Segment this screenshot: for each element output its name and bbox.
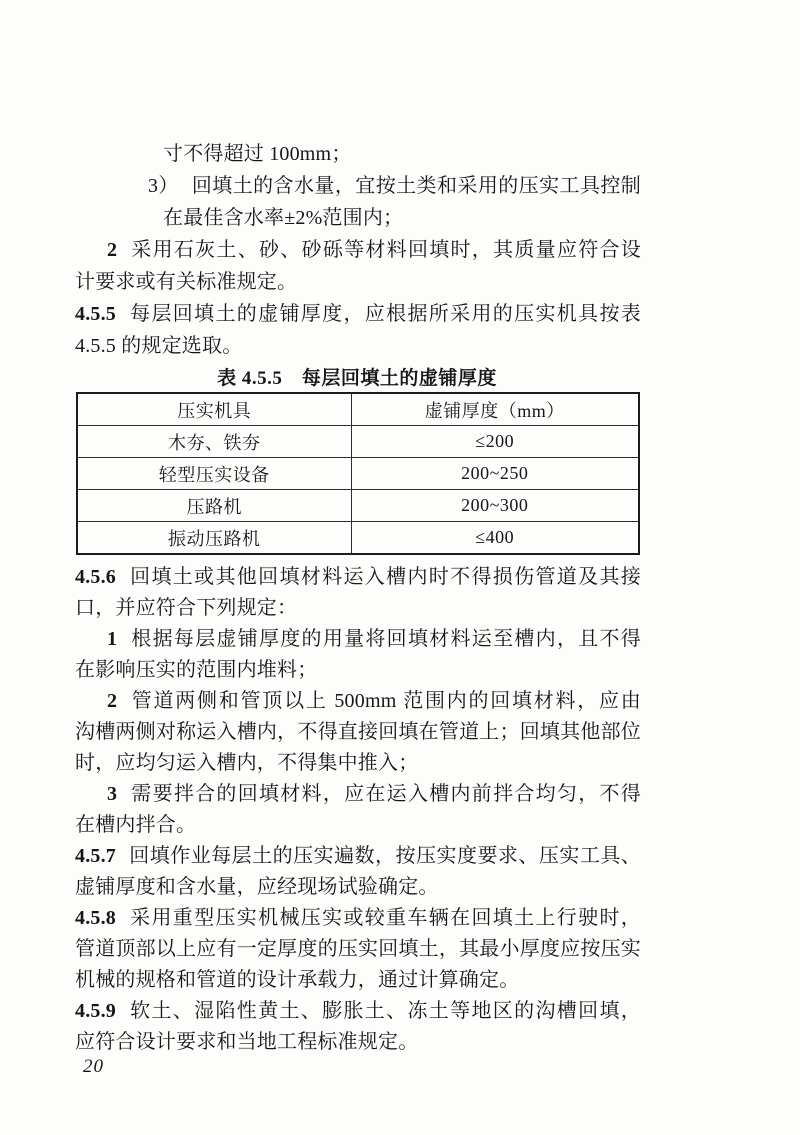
text-line: 计要求或有关标准规定。	[75, 266, 641, 298]
text-line: 时，应均匀运入槽内，不得集中推入；	[75, 748, 641, 779]
text-run: 管道两侧和管顶以上 500mm 范围内的回填材料，应由	[130, 690, 641, 712]
text-run: 软土、湿陷性黄土、膨胀土、冻土等地区的沟槽回填，	[129, 1000, 641, 1022]
document-page: 寸不得超过 100mm；3）回填土的含水量，宜按土类和采用的压实工具控制在最佳含…	[0, 0, 800, 1135]
text-line: 4.5.6回填土或其他回填材料运入槽内时不得损伤管道及其接	[75, 562, 641, 593]
text-block-after-table: 4.5.6回填土或其他回填材料运入槽内时不得损伤管道及其接口，并应符合下列规定：…	[75, 562, 641, 1058]
text-run: 时，应均匀运入槽内，不得集中推入；	[75, 752, 418, 774]
list-number: 3）	[148, 175, 179, 197]
text-run: 4.5.5 的规定选取。	[75, 335, 242, 357]
text-line: 2采用石灰土、砂、砂砾等材料回填时，其质量应符合设	[107, 234, 641, 266]
clause-number: 3	[107, 783, 117, 805]
text-run: 管道顶部以上应有一定厚度的压实回填土，其最小厚度应按压实	[75, 938, 641, 960]
text-run: 寸不得超过 100mm；	[163, 143, 352, 165]
text-run: 机械的规格和管道的设计承载力，通过计算确定。	[75, 969, 519, 991]
text-line: 4.5.8采用重型压实机械压实或较重车辆在回填土上行驶时，	[75, 903, 641, 934]
table-cell: 200~300	[351, 490, 639, 522]
clause-number: 2	[107, 239, 117, 261]
clause-number: 2	[107, 690, 117, 712]
table-cell: 轻型压实设备	[77, 458, 351, 490]
spec-table: 压实机具虚铺厚度（mm） 木夯、铁夯≤200轻型压实设备200~250压路机20…	[76, 392, 640, 555]
clause-number: 1	[107, 628, 117, 650]
clause-number: 4.5.7	[75, 845, 116, 867]
text-run: 沟槽两侧对称运入槽内，不得直接回填在管道上；回填其他部位	[75, 721, 641, 743]
text-run: 在最佳含水率±2%范围内；	[163, 207, 403, 229]
table-header-cell: 虚铺厚度（mm）	[351, 393, 639, 426]
text-run: 采用重型压实机械压实或较重车辆在回填土上行驶时，	[129, 907, 641, 929]
text-line: 1根据每层虚铺厚度的用量将回填材料运至槽内，且不得	[107, 624, 641, 655]
clause-number: 4.5.6	[75, 566, 116, 588]
table-header-cell: 压实机具	[77, 393, 351, 426]
text-run: 回填土或其他回填材料运入槽内时不得损伤管道及其接	[129, 566, 641, 588]
text-run: 采用石灰土、砂、砂砾等材料回填时，其质量应符合设	[130, 239, 641, 261]
text-line: 虚铺厚度和含水量，应经现场试验确定。	[75, 872, 641, 903]
text-run: 回填作业每层土的压实遍数，按压实度要求、压实工具、	[129, 845, 641, 867]
page-number: 20	[83, 1056, 104, 1078]
text-line: 3需要拌合的回填材料，应在运入槽内前拌合均匀，不得	[107, 779, 641, 810]
text-run: 回填土的含水量，宜按土类和采用的压实工具控制	[192, 175, 641, 197]
clause-number: 4.5.8	[75, 907, 116, 929]
table-row: 轻型压实设备200~250	[77, 458, 639, 490]
text-run: 应符合设计要求和当地工程标准规定。	[75, 1031, 418, 1053]
text-run: 在槽内拌合。	[75, 814, 196, 836]
text-run: 口，并应符合下列规定：	[75, 597, 297, 619]
table-body: 木夯、铁夯≤200轻型压实设备200~250压路机200~300振动压路机≤40…	[77, 426, 639, 555]
text-line: 寸不得超过 100mm；	[163, 138, 641, 170]
text-line: 在槽内拌合。	[75, 810, 641, 841]
text-run: 每层回填土的虚铺厚度，应根据所采用的压实机具按表	[129, 303, 641, 325]
text-line: 4.5.9软土、湿陷性黄土、膨胀土、冻土等地区的沟槽回填，	[75, 996, 641, 1027]
text-line: 在最佳含水率±2%范围内；	[163, 202, 641, 234]
text-run: 需要拌合的回填材料，应在运入槽内前拌合均匀，不得	[130, 783, 641, 805]
text-line: 在影响压实的范围内堆料；	[75, 655, 641, 686]
table-cell: ≤200	[351, 426, 639, 458]
text-line: 口，并应符合下列规定：	[75, 593, 641, 624]
text-line: 4.5.7回填作业每层土的压实遍数，按压实度要求、压实工具、	[75, 841, 641, 872]
text-run: 虚铺厚度和含水量，应经现场试验确定。	[75, 876, 439, 898]
table-cell: 压路机	[77, 490, 351, 522]
text-line: 4.5.5 的规定选取。	[75, 330, 641, 362]
text-line: 2管道两侧和管顶以上 500mm 范围内的回填材料，应由	[107, 686, 641, 717]
text-line: 3）回填土的含水量，宜按土类和采用的压实工具控制	[148, 170, 641, 202]
table-cell: ≤400	[351, 522, 639, 555]
table-row: 压路机200~300	[77, 490, 639, 522]
clause-number: 4.5.9	[75, 1000, 116, 1022]
text-run: 根据每层虚铺厚度的用量将回填材料运至槽内，且不得	[130, 628, 641, 650]
table-cell: 木夯、铁夯	[77, 426, 351, 458]
text-line: 沟槽两侧对称运入槽内，不得直接回填在管道上；回填其他部位	[75, 717, 641, 748]
table-header-row: 压实机具虚铺厚度（mm）	[77, 393, 639, 426]
text-line: 应符合设计要求和当地工程标准规定。	[75, 1027, 641, 1058]
table-row: 木夯、铁夯≤200	[77, 426, 639, 458]
clause-number: 4.5.5	[75, 303, 116, 325]
text-run: 在影响压实的范围内堆料；	[75, 659, 317, 681]
table-cell: 200~250	[351, 458, 639, 490]
text-block-before-table: 寸不得超过 100mm；3）回填土的含水量，宜按土类和采用的压实工具控制在最佳含…	[75, 138, 641, 362]
table-row: 振动压路机≤400	[77, 522, 639, 555]
text-line: 4.5.5每层回填土的虚铺厚度，应根据所采用的压实机具按表	[75, 298, 641, 330]
text-run: 计要求或有关标准规定。	[75, 271, 297, 293]
text-line: 机械的规格和管道的设计承载力，通过计算确定。	[75, 965, 641, 996]
table-caption: 表 4.5.5 每层回填土的虚铺厚度	[76, 363, 638, 390]
table-cell: 振动压路机	[77, 522, 351, 555]
text-line: 管道顶部以上应有一定厚度的压实回填土，其最小厚度应按压实	[75, 934, 641, 965]
